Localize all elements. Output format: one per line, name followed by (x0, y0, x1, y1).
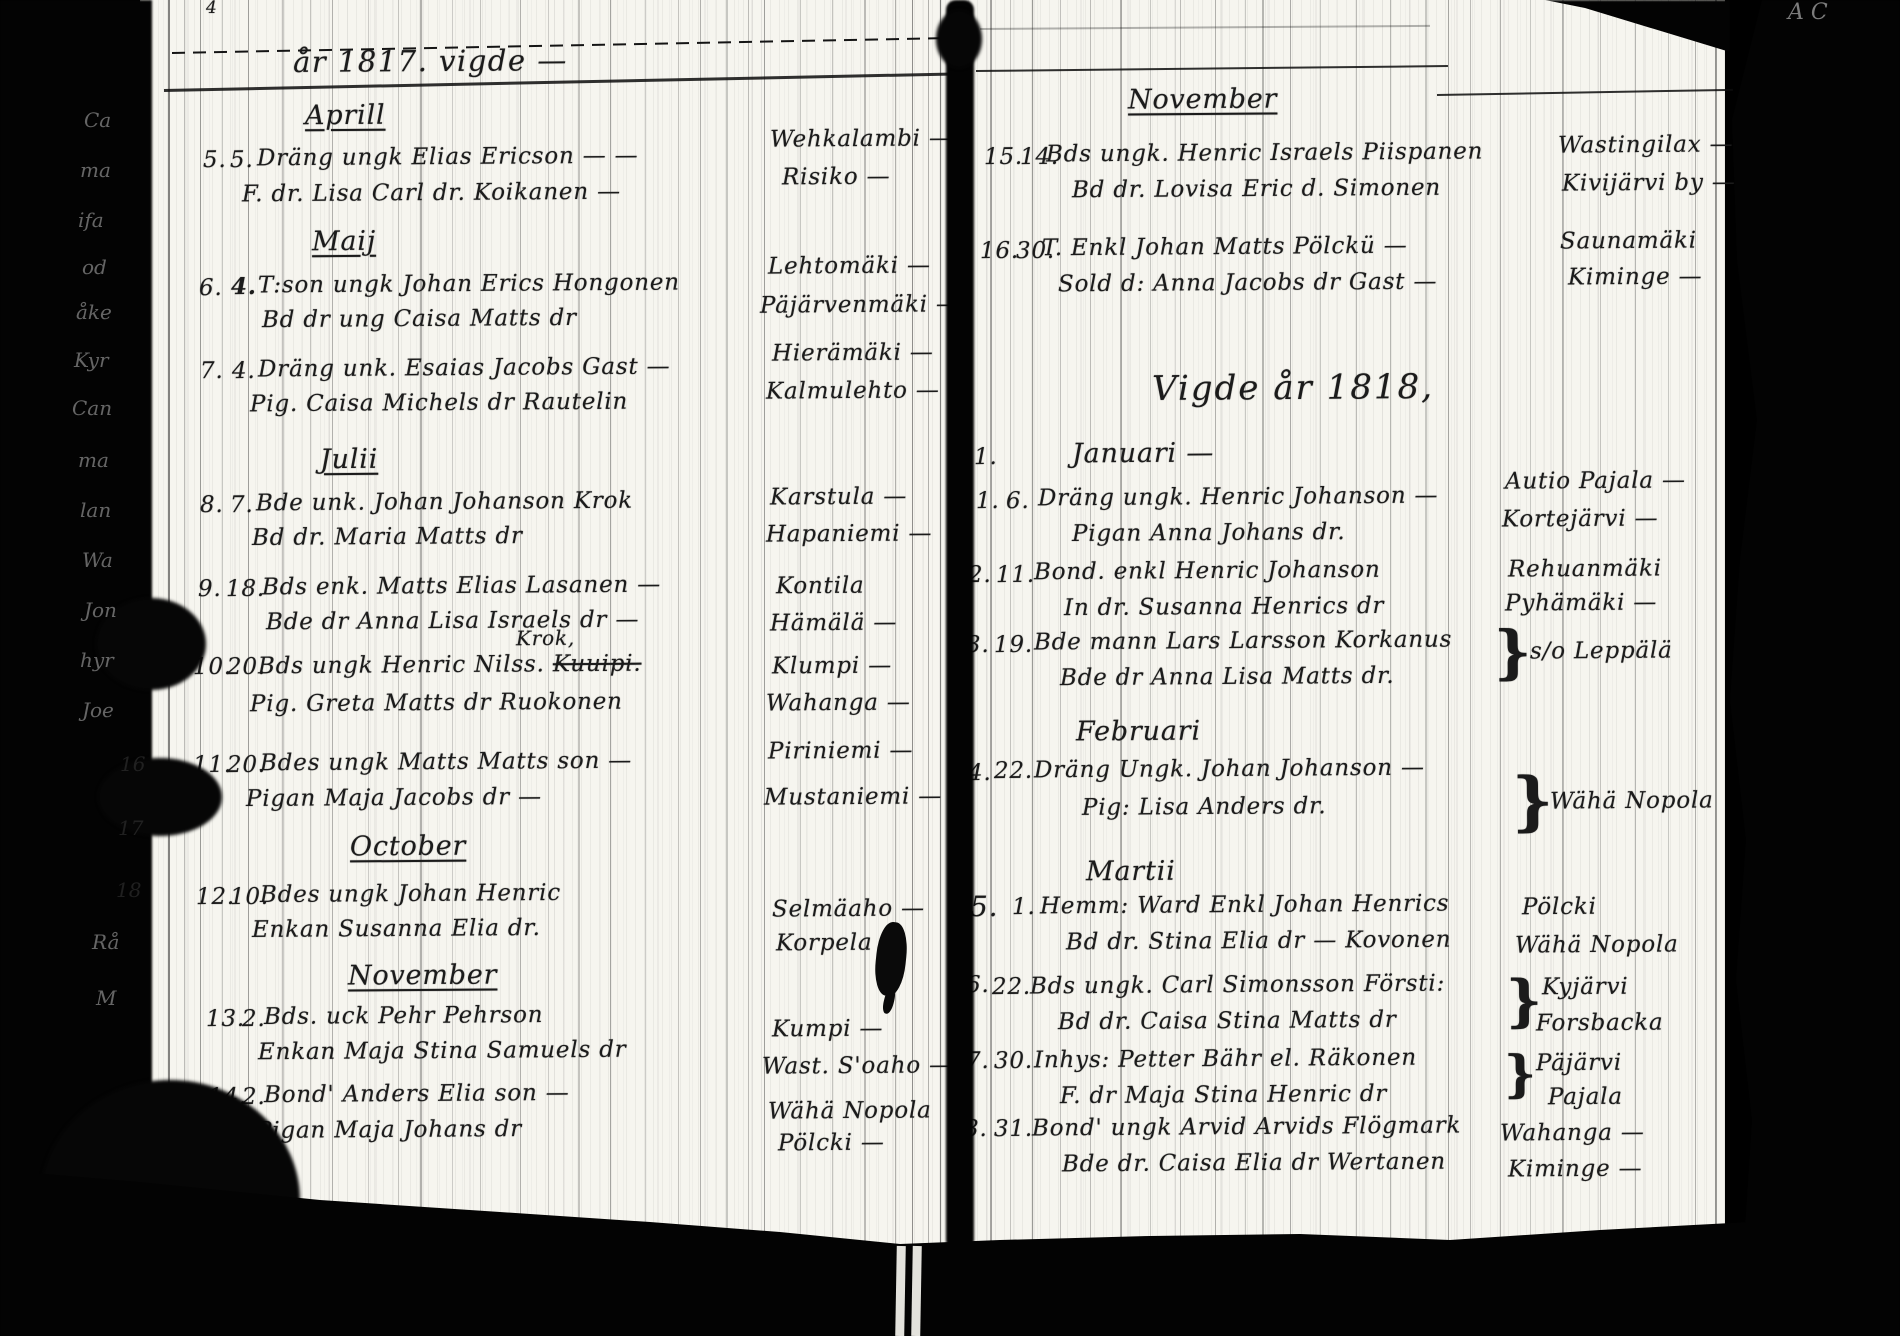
margin-fragment: hyr (80, 648, 114, 672)
bride-line: Bd dr. Stina Elia dr — Kovonen (1066, 927, 1451, 956)
place-name: Wahanga — (1500, 1119, 1645, 1146)
record-date: 2. (242, 1006, 266, 1032)
groom-line: T. Enkl Johan Matts Pölckü — (1042, 233, 1408, 262)
scan-streak (678, 0, 679, 1245)
record-date: 18. (226, 576, 265, 602)
place-name: Hämälä — (770, 610, 897, 637)
groom-line: Bds ungk. Carl Simonsson Försti: (1030, 971, 1445, 1000)
bride-line: Bde dr Anna Lisa Matts dr. (1060, 663, 1395, 691)
place-name: Päjärvi (1536, 1050, 1622, 1077)
place-name: Kiminge — (1508, 1156, 1643, 1183)
place-name: Wähä Nopola (768, 1097, 932, 1124)
margin-fragment: Ca (84, 108, 111, 132)
place-name: Pyhämäki — (1505, 589, 1657, 616)
groom-line: Bds. uck Pehr Pehrson (264, 1002, 543, 1030)
place-name: Forsbacka (1536, 1010, 1664, 1037)
margin-fragment: Joe (82, 698, 114, 722)
bride-line: Pig. Greta Matts dr Ruokonen (250, 689, 623, 718)
page-edge-strip (895, 1246, 906, 1336)
year-heading-1817: år 1817. vigde — (293, 43, 568, 79)
bride-line: Pig: Lisa Anders dr. (1082, 793, 1327, 821)
groom-line: Dräng unk. Esaias Jacobs Gast — (258, 354, 671, 383)
scan-streak (1470, 0, 1471, 1245)
place-name: Piriniemi — (768, 737, 913, 764)
bride-line: Bde dr. Caisa Elia dr Wertanen (1062, 1149, 1446, 1178)
place-name: Kumpi — (772, 1016, 883, 1043)
bride-line: Bde dr Anna Lisa Israels dr — (266, 607, 639, 636)
record-date: 5. (230, 147, 254, 173)
margin-fragment: ma (80, 158, 111, 182)
groom-line: Bdes ungk Johan Henric (260, 880, 561, 908)
book-gutter-shadow (946, 0, 974, 1250)
place-name: Wahanga — (766, 689, 911, 716)
record-date: 1. (1012, 894, 1036, 920)
margin-fragment: Jon (84, 598, 117, 622)
record-date: 19. (994, 632, 1033, 658)
year-heading-1818: Vigde år 1818, (1152, 367, 1434, 409)
margin-fragment: od (82, 255, 107, 279)
place-name: Korpela (776, 930, 873, 957)
record-date: 22. (994, 758, 1033, 784)
place-name: Saunamäki (1560, 228, 1697, 255)
record-date: 11. (996, 562, 1035, 588)
margin-number: 1. (974, 444, 998, 470)
bride-line: Sold d: Anna Jacobs dr Gast — (1058, 269, 1437, 298)
margin-fragment: Can (72, 396, 112, 420)
margin-fragment: ifa (78, 208, 104, 232)
record-number: 6. (199, 275, 223, 301)
groom-line: Inhys: Petter Bähr el. Räkonen (1034, 1045, 1417, 1074)
place-name: Lehtomäki — (768, 252, 931, 279)
place-brace: } (1494, 618, 1533, 686)
place-name: Klumpi — (772, 653, 892, 680)
struck-surname: Kuuipi. (553, 651, 642, 678)
margin-fragment: 17 (118, 816, 143, 840)
place-name: Pölcki (1522, 894, 1597, 921)
place-name: Kyjärvi (1542, 974, 1629, 1001)
margin-fragment: 18 (116, 878, 141, 902)
gutter-top-blob (936, 10, 982, 68)
record-number: 16. (980, 238, 1019, 264)
bride-line: Pigan Maja Jacobs dr — (246, 784, 542, 812)
place-name: Pajala (1548, 1084, 1623, 1111)
month-heading-november-left: November (348, 959, 498, 991)
place-name: Kiminge — (1568, 264, 1703, 291)
place-name: Selmäaho — (772, 895, 925, 922)
record-number: 1. (976, 488, 1000, 514)
record-date: 30. (994, 1048, 1033, 1074)
scan-streak (1448, 0, 1449, 1245)
bride-line: F. dr Maja Stina Henric dr (1060, 1081, 1387, 1109)
bride-line: Enkan Susanna Elia dr. (252, 915, 541, 943)
month-heading-maij: Maij (312, 226, 376, 257)
record-date: 6. (1006, 488, 1030, 514)
bride-line: Bd dr. Caisa Stina Matts dr (1058, 1007, 1397, 1035)
record-number: 15. (984, 144, 1023, 170)
place-brace: } (1504, 1044, 1537, 1103)
scan-border-right (1712, 0, 1900, 1336)
groom-line: Dräng Ungk. Johan Johanson — (1034, 755, 1425, 784)
groom-line: Bond. enkl Henric Johanson (1034, 557, 1381, 585)
record-date: 7. (230, 492, 254, 518)
scan-streak (645, 0, 646, 1245)
month-heading-october: October (350, 831, 466, 863)
place-name: Wähä Nopola (1550, 787, 1714, 814)
margin-fragment: Wa (82, 548, 113, 572)
margin-fragment: M (96, 986, 116, 1010)
place-name: Kalmulehto — (766, 377, 940, 404)
record-number: 9. (198, 576, 222, 602)
bride-line: In dr. Susanna Henrics dr (1064, 593, 1384, 621)
place-name: Wehkalambi — (770, 125, 953, 152)
place-name: Autio Pajala — (1505, 467, 1686, 494)
scan-streak (748, 0, 749, 1245)
record-date: 31. (994, 1116, 1033, 1142)
margin-fragment: åke (76, 300, 112, 324)
fold-blob (98, 758, 222, 836)
margin-fragment: Rå (92, 930, 119, 954)
bride-line: Pig. Caisa Michels dr Rautelin (250, 389, 628, 418)
margin-fragment: ma (78, 448, 109, 472)
groom-line: Bds enk. Matts Elias Lasanen — (262, 572, 661, 601)
scanned-parish-register: år 1817. vigde — Aprill 5. 5. Dräng ungk… (0, 0, 1900, 1336)
record-number: 5. (970, 890, 999, 923)
place-name: s/o Leppälä (1530, 638, 1673, 665)
scan-streak (222, 0, 223, 1245)
groom-line: Bdes ungk Matts Matts son — (260, 748, 632, 777)
place-name: Kortejärvi — (1502, 505, 1659, 532)
scan-streak (726, 0, 728, 1245)
month-heading-julii: Julii (320, 444, 378, 475)
margin-fragment: Kyr (74, 348, 109, 372)
groom-line: Bond' Anders Elia son — (264, 1080, 570, 1108)
place-name: Hapaniemi — (766, 520, 932, 547)
margin-fragment: 16 (120, 752, 145, 776)
record-number: 5. (203, 147, 227, 173)
month-heading-martii: Martii (1086, 856, 1176, 888)
bride-line: Bd dr. Maria Matts dr (252, 523, 523, 551)
groom-line: Bds ungk Henric Nilss. Kuuipi. (258, 651, 642, 680)
bride-line: Bd dr ung Caisa Matts dr (262, 305, 577, 333)
corner-mark: A C (1788, 0, 1828, 25)
groom-line: Dräng ungk Elias Ericson — — (257, 143, 639, 172)
bride-line: Pigan Maja Johans dr (256, 1116, 522, 1144)
place-name: Wast. S'oaho — (762, 1052, 953, 1079)
place-name: Mustaniemi — (764, 783, 942, 810)
place-name: Kivijärvi by — (1562, 169, 1736, 196)
stray-pen-mark: 4 (206, 0, 218, 18)
record-date: 22. (992, 974, 1031, 1000)
groom-line: Bond' ungk Arvid Arvids Flögmark (1032, 1113, 1461, 1142)
place-name: Rehuanmäki (1508, 555, 1662, 582)
place-name: Kontila (776, 573, 865, 600)
record-number: 13. (206, 1006, 245, 1032)
place-name: Wähä Nopola (1515, 931, 1679, 958)
groom-line: Bde unk. Johan Johanson Krok (256, 488, 633, 517)
record-date: 4. (232, 358, 256, 384)
place-name: Hierämäki — (772, 339, 934, 366)
page-edge-strip (911, 1246, 922, 1336)
month-heading-januari: Januari — (1072, 438, 1214, 470)
scan-streak (700, 0, 701, 1245)
record-number: 7. (200, 358, 224, 384)
record-date: 4. (231, 273, 257, 300)
bride-line: Bd dr. Lovisa Eric d. Simonen (1072, 175, 1441, 204)
month-heading-aprill: Aprill (305, 100, 386, 132)
place-brace: } (1512, 764, 1554, 839)
margin-fragment: lan (80, 498, 111, 522)
groom-line: Bde mann Lars Larsson Korkanus (1034, 627, 1452, 656)
groom-line: Bds ungk. Henric Israels Piispanen (1046, 138, 1483, 167)
month-heading-november-right: November (1128, 83, 1278, 115)
place-name: Pölcki — (778, 1130, 885, 1157)
groom-line: Hemm: Ward Enkl Johan Henrics (1040, 891, 1450, 920)
place-name: Wastingilax — (1558, 131, 1734, 158)
correction-above-line: Krok, (516, 626, 575, 650)
bride-line: Pigan Anna Johans dr. (1072, 519, 1346, 547)
bride-line: F. dr. Lisa Carl dr. Koikanen — (242, 179, 621, 208)
scan-streak (990, 0, 992, 1245)
month-heading-februari: Februari (1076, 716, 1201, 748)
groom-line: T:son ungk Johan Erics Hongonen (258, 270, 680, 299)
place-name: Karstula — (770, 484, 907, 511)
record-number: 8. (200, 492, 224, 518)
bride-line: Enkan Maja Stina Samuels dr (258, 1037, 627, 1066)
groom-line: Dräng ungk. Henric Johanson — (1038, 483, 1438, 512)
place-name: Päjärvenmäki — (760, 291, 960, 318)
place-name: Risiko — (782, 164, 891, 191)
